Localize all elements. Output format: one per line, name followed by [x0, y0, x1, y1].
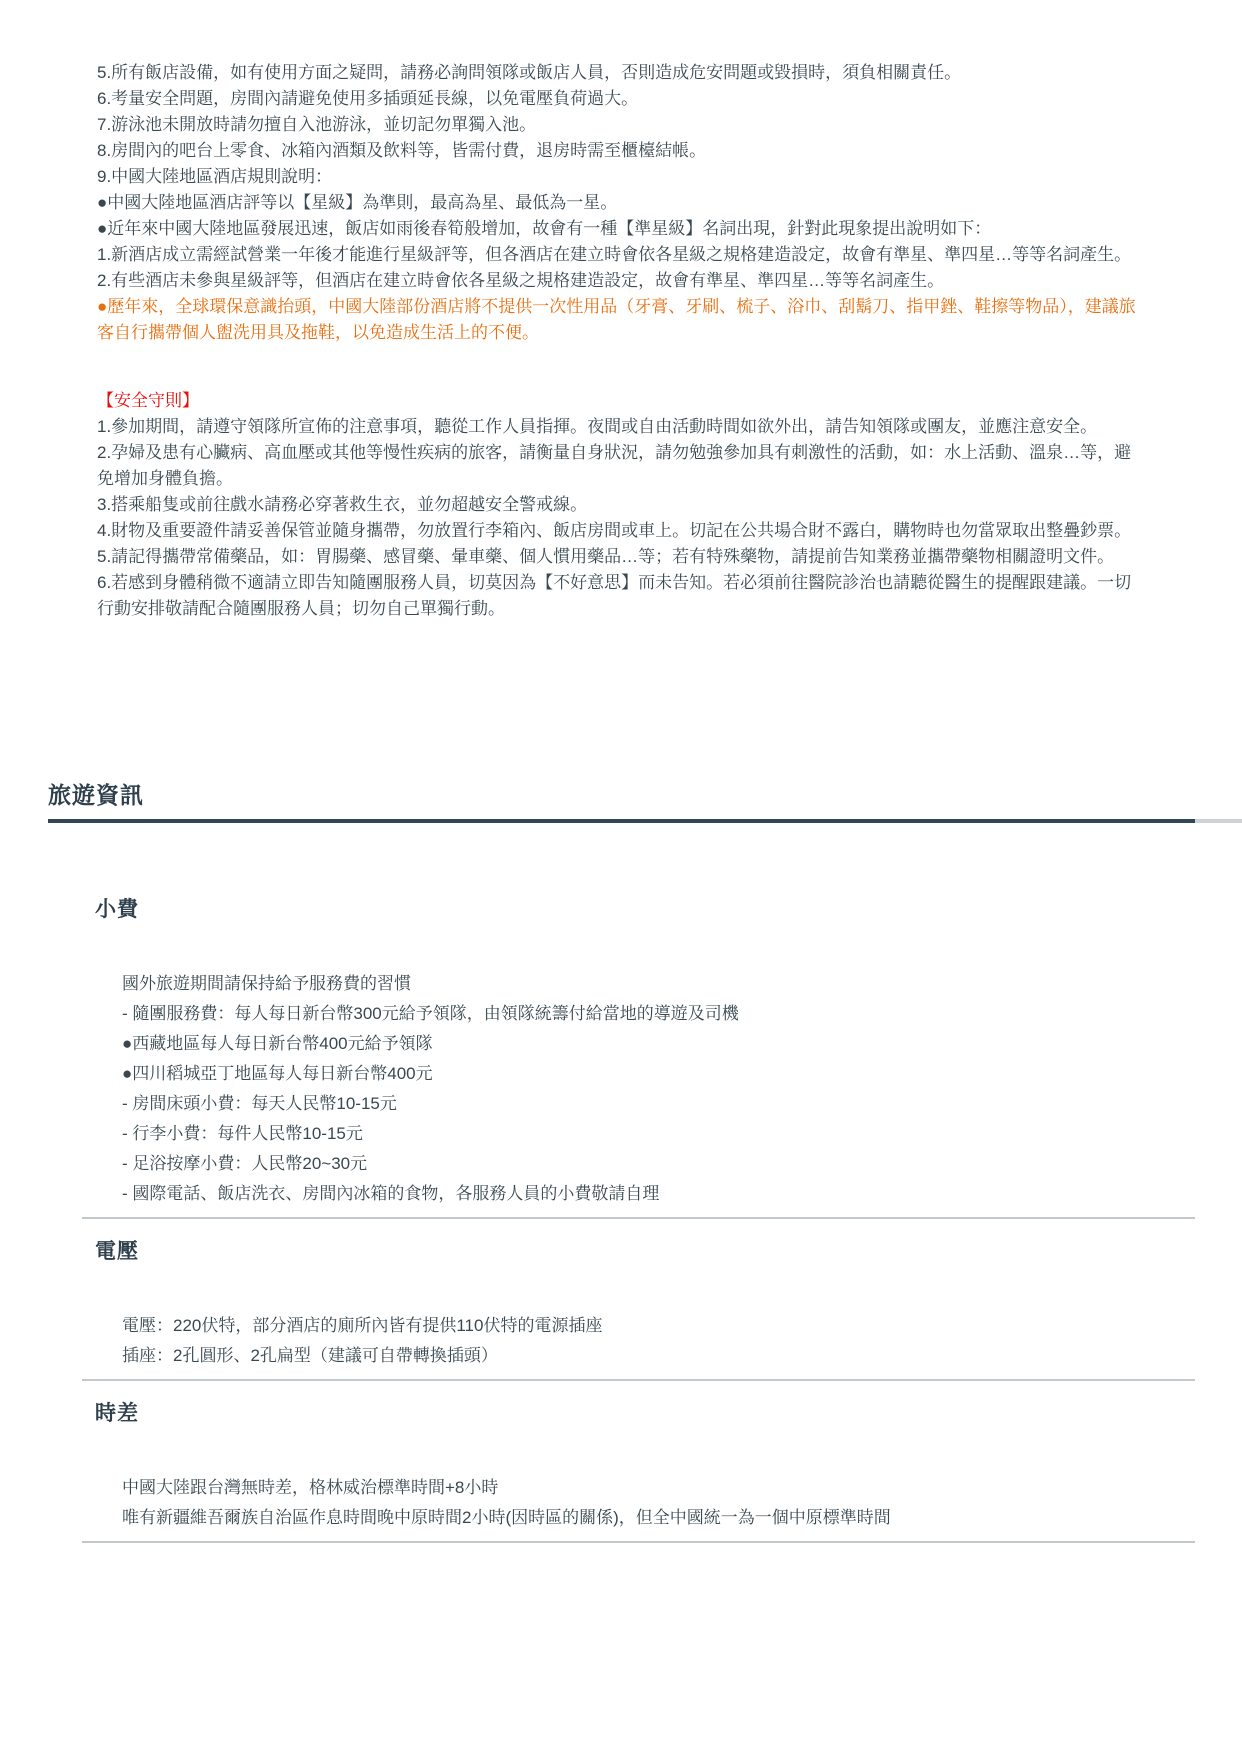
hotel-note-line: 9.中國大陸地區酒店規則說明：: [97, 164, 1142, 190]
section-title-rule-dark: [48, 819, 1195, 823]
page: 5.所有飯店設備，如有使用方面之疑問，請務必詢問領隊或飯店人員，否則造成危安問題…: [0, 0, 1242, 1543]
safety-rule-line: 3.搭乘船隻或前往戲水請務必穿著救生衣，並勿超越安全警戒線。: [97, 492, 1142, 518]
hotel-note-eco-notice: ●歷年來，全球環保意識抬頭，中國大陸部份酒店將不提供一次性用品（牙膏、牙刷、梳子…: [97, 294, 1142, 346]
section-divider: [82, 1379, 1195, 1381]
timezone-line: 中國大陸跟台灣無時差，格林威治標準時間+8小時: [122, 1473, 1182, 1503]
tips-line: - 足浴按摩小費：人民幣20~30元: [122, 1149, 1182, 1179]
safety-rules-block: 【安全守則】 1.參加期間，請遵守領隊所宣佈的注意事項，聽從工作人員指揮。夜間或…: [97, 388, 1142, 622]
hotel-note-line: 8.房間內的吧台上零食、冰箱內酒類及飲料等，皆需付費，退房時需至櫃檯結帳。: [97, 138, 1142, 164]
travel-info-title: 旅遊資訊: [48, 780, 1242, 810]
hotel-note-line: 6.考量安全問題，房間內請避免使用多插頭延長線，以免電壓負荷過大。: [97, 86, 1142, 112]
timezone-section: 時差 中國大陸跟台灣無時差，格林威治標準時間+8小時 唯有新疆維吾爾族自治區作息…: [0, 1400, 1242, 1533]
hotel-note-line: ●中國大陸地區酒店評等以【星級】為準則，最高為星、最低為一星。: [97, 190, 1142, 216]
safety-rule-line: 1.參加期間，請遵守領隊所宣佈的注意事項，聽從工作人員指揮。夜間或自由活動時間如…: [97, 414, 1142, 440]
hotel-note-line: 7.游泳池未開放時請勿擅自入池游泳，並切記勿單獨入池。: [97, 112, 1142, 138]
tips-line: 國外旅遊期間請保持給予服務費的習慣: [122, 969, 1182, 999]
voltage-section: 電壓 電壓：220伏特，部分酒店的廁所內皆有提供110伏特的電源插座 插座：2孔…: [0, 1238, 1242, 1371]
tips-heading: 小費: [95, 896, 1242, 924]
hotel-notes-block: 5.所有飯店設備，如有使用方面之疑問，請務必詢問領隊或飯店人員，否則造成危安問題…: [97, 60, 1142, 346]
section-divider: [82, 1541, 1195, 1543]
voltage-line: 電壓：220伏特，部分酒店的廁所內皆有提供110伏特的電源插座: [122, 1311, 1182, 1341]
hotel-note-line: 1.新酒店成立需經試營業一年後才能進行星級評等，但各酒店在建立時會依各星級之規格…: [97, 242, 1142, 268]
voltage-content: 電壓：220伏特，部分酒店的廁所內皆有提供110伏特的電源插座 插座：2孔圓形、…: [122, 1311, 1182, 1371]
tips-line: - 房間床頭小費：每天人民幣10-15元: [122, 1089, 1182, 1119]
hotel-note-line: ●近年來中國大陸地區發展迅速，飯店如雨後春筍般增加，故會有一種【準星級】名詞出現…: [97, 216, 1142, 242]
timezone-content: 中國大陸跟台灣無時差，格林威治標準時間+8小時 唯有新疆維吾爾族自治區作息時間晚…: [122, 1473, 1182, 1533]
voltage-line: 插座：2孔圓形、2孔扁型（建議可自帶轉換插頭）: [122, 1341, 1182, 1371]
safety-rule-line: 4.財物及重要證件請妥善保管並隨身攜帶，勿放置行李箱內、飯店房間或車上。切記在公…: [97, 518, 1142, 544]
section-divider: [82, 1217, 1195, 1219]
hotel-note-line: 2.有些酒店未參與星級評等，但酒店在建立時會依各星級之規格建造設定，故會有準星、…: [97, 268, 1142, 294]
tips-line: ●西藏地區每人每日新台幣400元給予領隊: [122, 1029, 1182, 1059]
travel-info-section: 旅遊資訊 小費 國外旅遊期間請保持給予服務費的習慣 - 隨團服務費：每人每日新台…: [0, 780, 1242, 1543]
safety-rule-line: 6.若感到身體稍微不適請立即告知隨團服務人員，切莫因為【不好意思】而未告知。若必…: [97, 570, 1142, 622]
safety-rules-title: 【安全守則】: [97, 388, 1142, 414]
voltage-heading: 電壓: [95, 1238, 1242, 1266]
safety-rule-line: 2.孕婦及患有心臟病、高血壓或其他等慢性疾病的旅客，請衡量自身狀況，請勿勉強參加…: [97, 440, 1142, 492]
tips-line: - 國際電話、飯店洗衣、房間內冰箱的食物，各服務人員的小費敬請自理: [122, 1179, 1182, 1209]
timezone-line: 唯有新疆維吾爾族自治區作息時間晚中原時間2小時(因時區的關係)，但全中國統一為一…: [122, 1503, 1182, 1533]
safety-rule-line: 5.請記得攜帶常備藥品，如：胃腸藥、感冒藥、暈車藥、個人慣用藥品…等；若有特殊藥…: [97, 544, 1142, 570]
section-title-rule: [48, 819, 1242, 823]
tips-line: - 隨團服務費：每人每日新台幣300元給予領隊，由領隊統籌付給當地的導遊及司機: [122, 999, 1182, 1029]
tips-line: ●四川稻城亞丁地區每人每日新台幣400元: [122, 1059, 1182, 1089]
timezone-heading: 時差: [95, 1400, 1242, 1428]
tips-line: - 行李小費：每件人民幣10-15元: [122, 1119, 1182, 1149]
tips-content: 國外旅遊期間請保持給予服務費的習慣 - 隨團服務費：每人每日新台幣300元給予領…: [122, 969, 1182, 1209]
tips-section: 小費 國外旅遊期間請保持給予服務費的習慣 - 隨團服務費：每人每日新台幣300元…: [0, 896, 1242, 1209]
hotel-note-line: 5.所有飯店設備，如有使用方面之疑問，請務必詢問領隊或飯店人員，否則造成危安問題…: [97, 60, 1142, 86]
